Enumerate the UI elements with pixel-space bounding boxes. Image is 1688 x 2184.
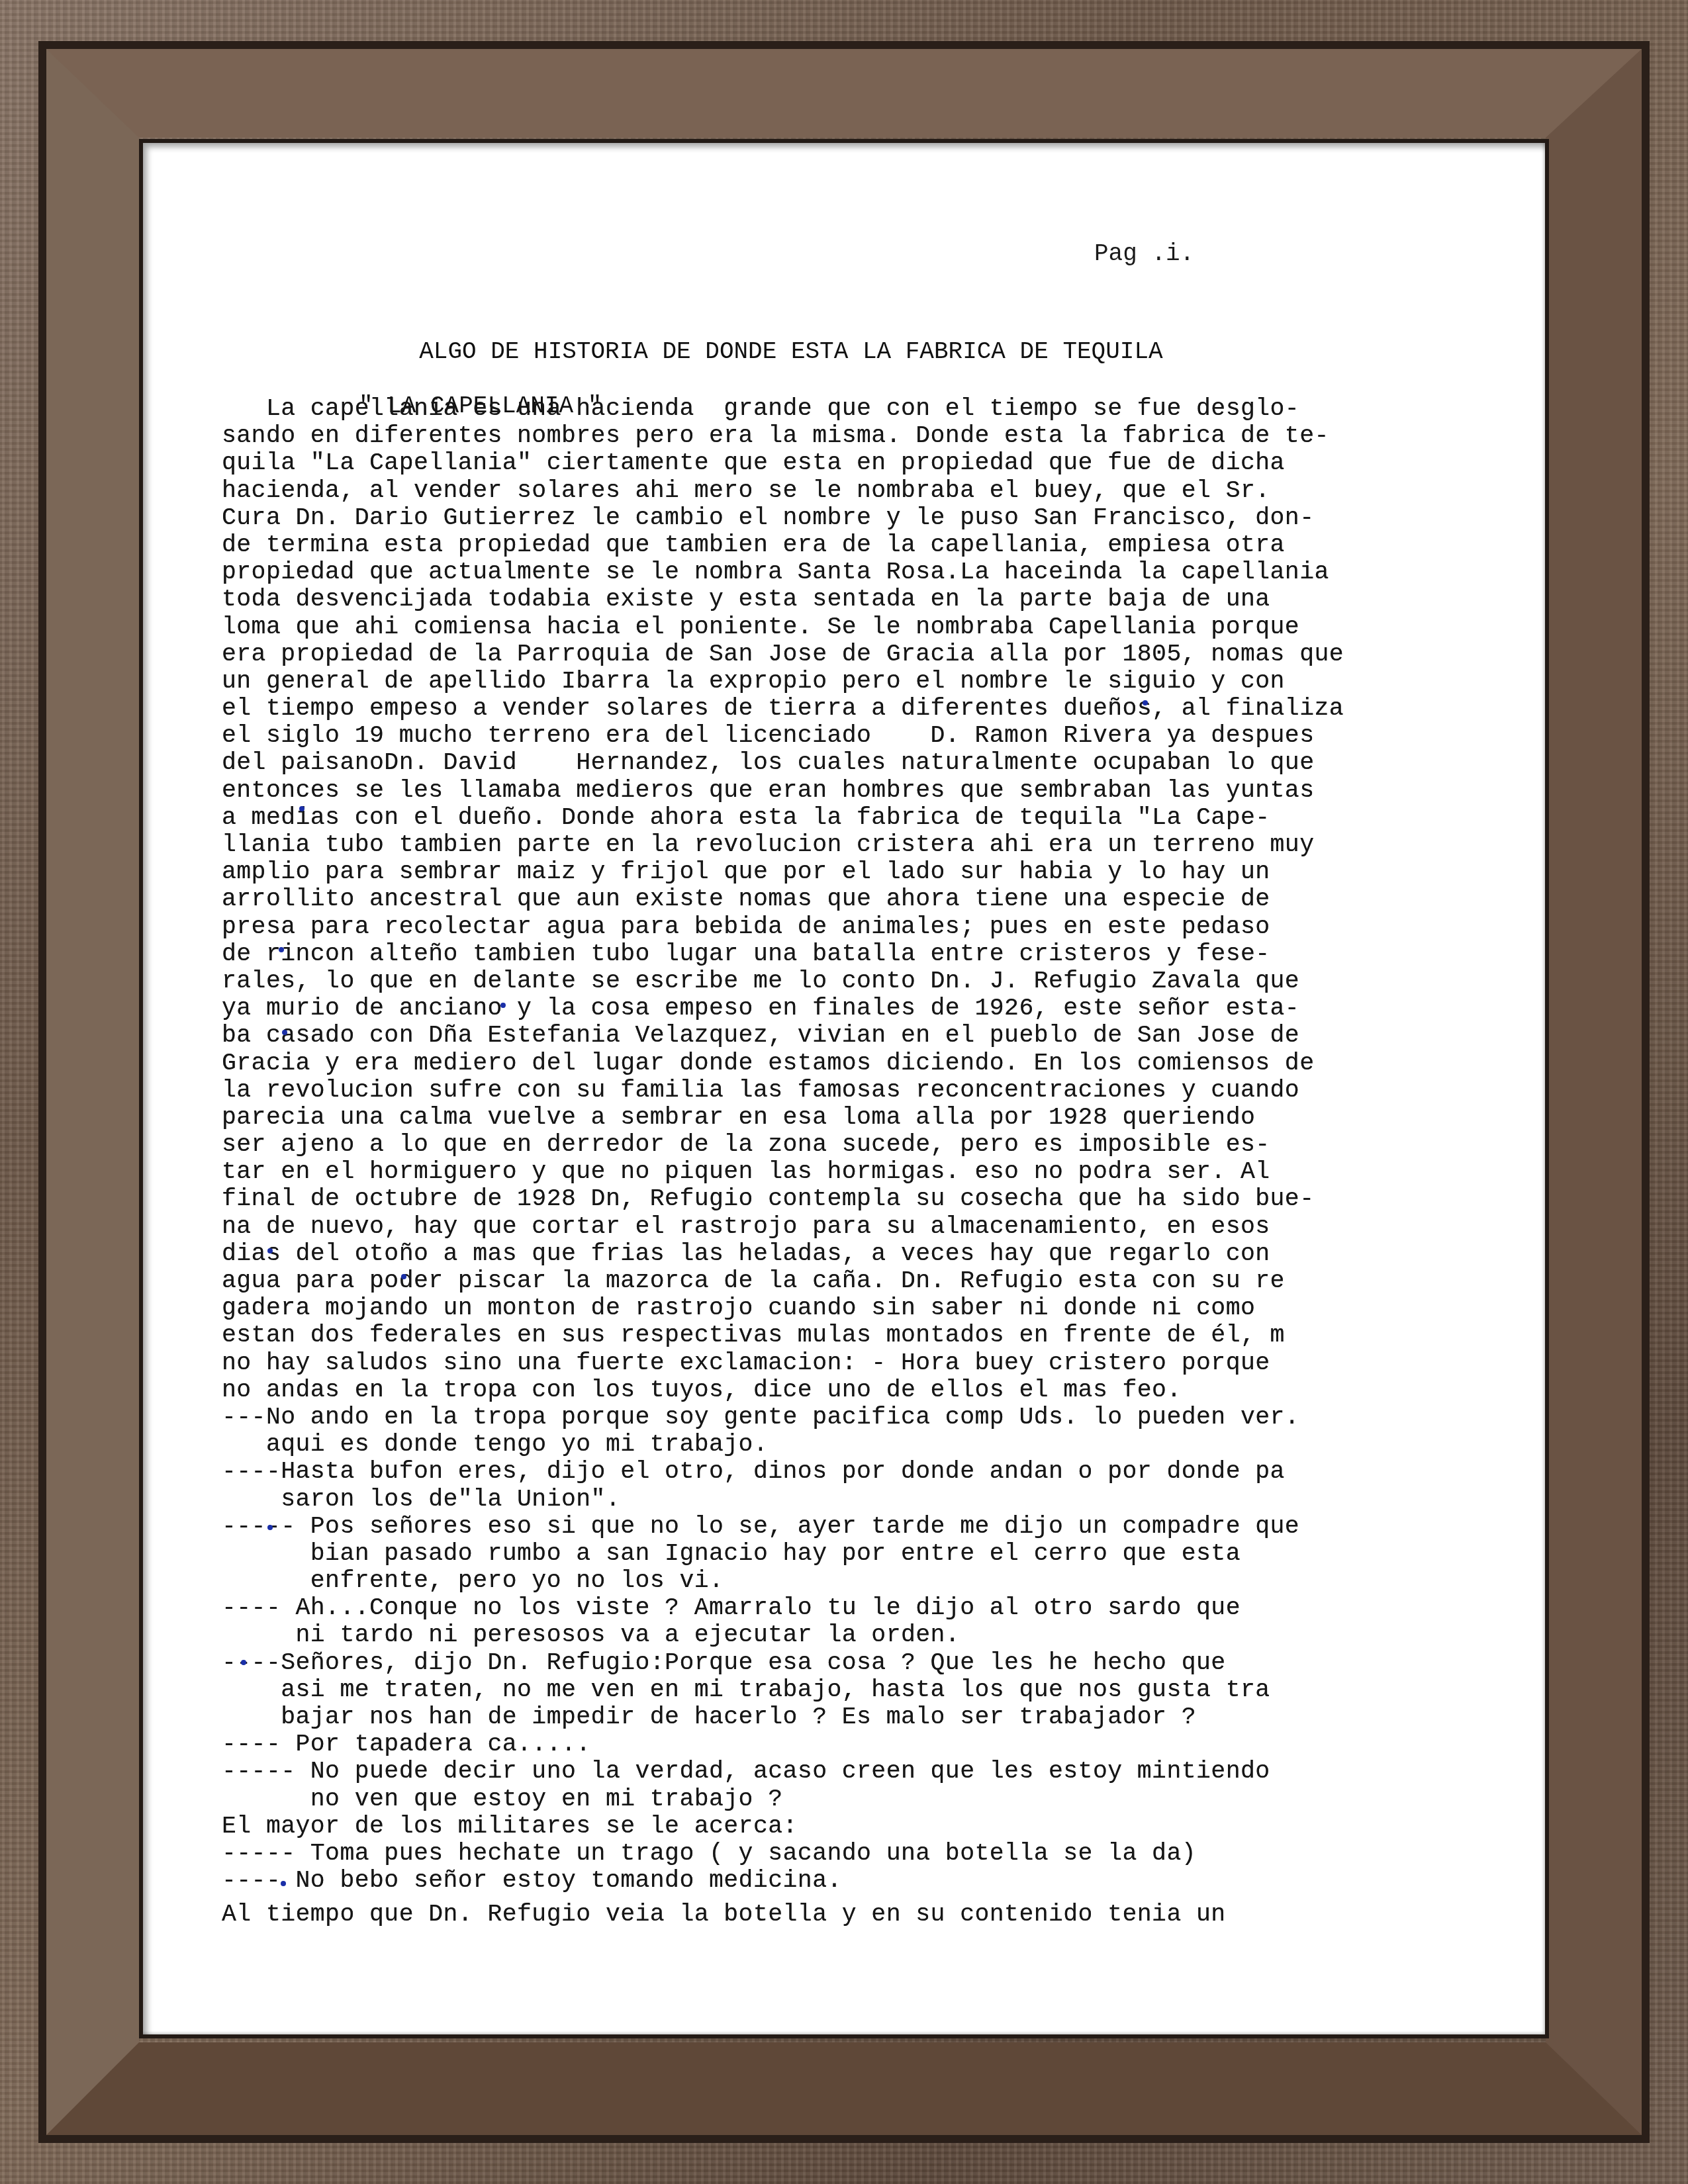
text-line: un general de apellido Ibarra la expropi… [222, 668, 1532, 695]
text-line: ----Hasta bufon eres, dijo el otro, dino… [222, 1458, 1532, 1485]
text-line: a medias con el dueño. Donde ahora esta … [222, 804, 1532, 831]
text-line: del paisanoDn. David Hernandez, los cual… [222, 749, 1532, 776]
text-line: era propiedad de la Parroquia de San Jos… [222, 641, 1532, 668]
text-line: ser ajeno a lo que en derredor de la zon… [222, 1131, 1532, 1158]
text-line: no ven que estoy en mi trabajo ? [222, 1786, 1532, 1813]
text-line: toda desvencijada todabia existe y esta … [222, 586, 1532, 613]
ink-correction-mark [282, 1030, 287, 1035]
document-body: La capellania es una hacienda grande que… [222, 395, 1532, 1929]
ink-correction-mark [279, 947, 284, 952]
text-line: ----Señores, dijo Dn. Refugio:Porque esa… [222, 1649, 1532, 1676]
ink-correction-mark [241, 1660, 246, 1665]
text-line: bajar nos han de impedir de hacerlo ? Es… [222, 1704, 1532, 1731]
text-line: arrollito ancestral que aun existe nomas… [222, 886, 1532, 913]
text-line: aqui es donde tengo yo mi trabajo. [222, 1431, 1532, 1458]
text-line: saron los de"la Union". [222, 1486, 1532, 1513]
text-line: la revolucion sufre con su familia las f… [222, 1077, 1532, 1104]
text-line: el siglo 19 mucho terreno era del licenc… [222, 722, 1532, 749]
text-line: final de octubre de 1928 Dn, Refugio con… [222, 1185, 1532, 1212]
text-line: propiedad que actualmente se le nombra S… [222, 559, 1532, 586]
ink-correction-mark [401, 1274, 406, 1279]
text-line: ---- Por tapadera ca..... [222, 1731, 1532, 1758]
text-line: el tiempo empeso a vender solares de tie… [222, 695, 1532, 722]
text-line: ba casado con Dña Estefania Velazquez, v… [222, 1022, 1532, 1049]
text-line: llania tubo tambien parte en la revoluci… [222, 831, 1532, 858]
text-line: Cura Dn. Dario Gutierrez le cambio el no… [222, 504, 1532, 531]
text-line: Gracia y era mediero del lugar donde est… [222, 1050, 1532, 1077]
text-line: sando en diferentes nombres pero era la … [222, 422, 1532, 449]
text-line: presa para recolectar agua para bebida d… [222, 913, 1532, 940]
text-line: ---No ando en la tropa porque soy gente … [222, 1404, 1532, 1431]
text-line: amplio para sembrar maiz y frijol que po… [222, 858, 1532, 886]
text-line: entonces se les llamaba medieros que era… [222, 777, 1532, 804]
text-line: Al tiempo que Dn. Refugio veia la botell… [222, 1901, 1532, 1928]
text-line: gadera mojando un monton de rastrojo cua… [222, 1295, 1532, 1322]
page-number: Pag .i. [1094, 240, 1194, 267]
text-line: estan dos federales en sus respectivas m… [222, 1322, 1532, 1349]
text-line: agua para poder piscar la mazorca de la … [222, 1267, 1532, 1295]
text-line: ----- Toma pues hechate un trago ( y sac… [222, 1840, 1532, 1867]
text-line: ni tardo ni peresosos va a ejecutar la o… [222, 1621, 1532, 1649]
text-line: ya murio de anciano y la cosa empeso en … [222, 995, 1532, 1022]
text-line: ---- No bebo señor estoy tomando medicin… [222, 1867, 1532, 1894]
text-line: tar en el hormiguero y que no piquen las… [222, 1158, 1532, 1185]
text-line: ----- Pos señores eso si que no lo se, a… [222, 1513, 1532, 1540]
text-line: de termina esta propiedad que tambien er… [222, 531, 1532, 559]
text-line: quila "La Capellania" ciertamente que es… [222, 449, 1532, 477]
text-line: dias del otoño a mas que frias las helad… [222, 1240, 1532, 1267]
text-line: hacienda, al vender solares ahi mero se … [222, 477, 1532, 504]
text-line: no andas en la tropa con los tuyos, dice… [222, 1377, 1532, 1404]
ink-correction-mark [500, 1003, 506, 1008]
document-title: ALGO DE HISTORIA DE DONDE ESTA LA FABRIC… [419, 338, 1162, 365]
ink-correction-mark [281, 1881, 286, 1886]
text-line: ---- Ah...Conque no los viste ? Amarralo… [222, 1594, 1532, 1621]
text-line: loma que ahi comiensa hacia el poniente.… [222, 614, 1532, 641]
ink-correction-mark [267, 1248, 273, 1253]
ink-correction-mark [267, 1525, 273, 1530]
text-line: na de nuevo, hay que cortar el rastrojo … [222, 1213, 1532, 1240]
text-line: El mayor de los militares se le acerca: [222, 1813, 1532, 1840]
text-line: asi me traten, no me ven en mi trabajo, … [222, 1676, 1532, 1704]
text-line: La capellania es una hacienda grande que… [222, 395, 1532, 422]
text-line: enfrente, pero yo no los vi. [222, 1567, 1532, 1594]
ink-correction-mark [1143, 700, 1148, 705]
ink-correction-mark [299, 806, 305, 811]
text-line: de rincon alteño tambien tubo lugar una … [222, 940, 1532, 968]
text-line: rales, lo que en delante se escribe me l… [222, 968, 1532, 995]
text-line: no hay saludos sino una fuerte exclamaci… [222, 1349, 1532, 1377]
text-line: parecia una calma vuelve a sembrar en es… [222, 1104, 1532, 1131]
text-line: ----- No puede decir uno la verdad, acas… [222, 1758, 1532, 1785]
text-line: bian pasado rumbo a san Ignacio hay por … [222, 1540, 1532, 1567]
